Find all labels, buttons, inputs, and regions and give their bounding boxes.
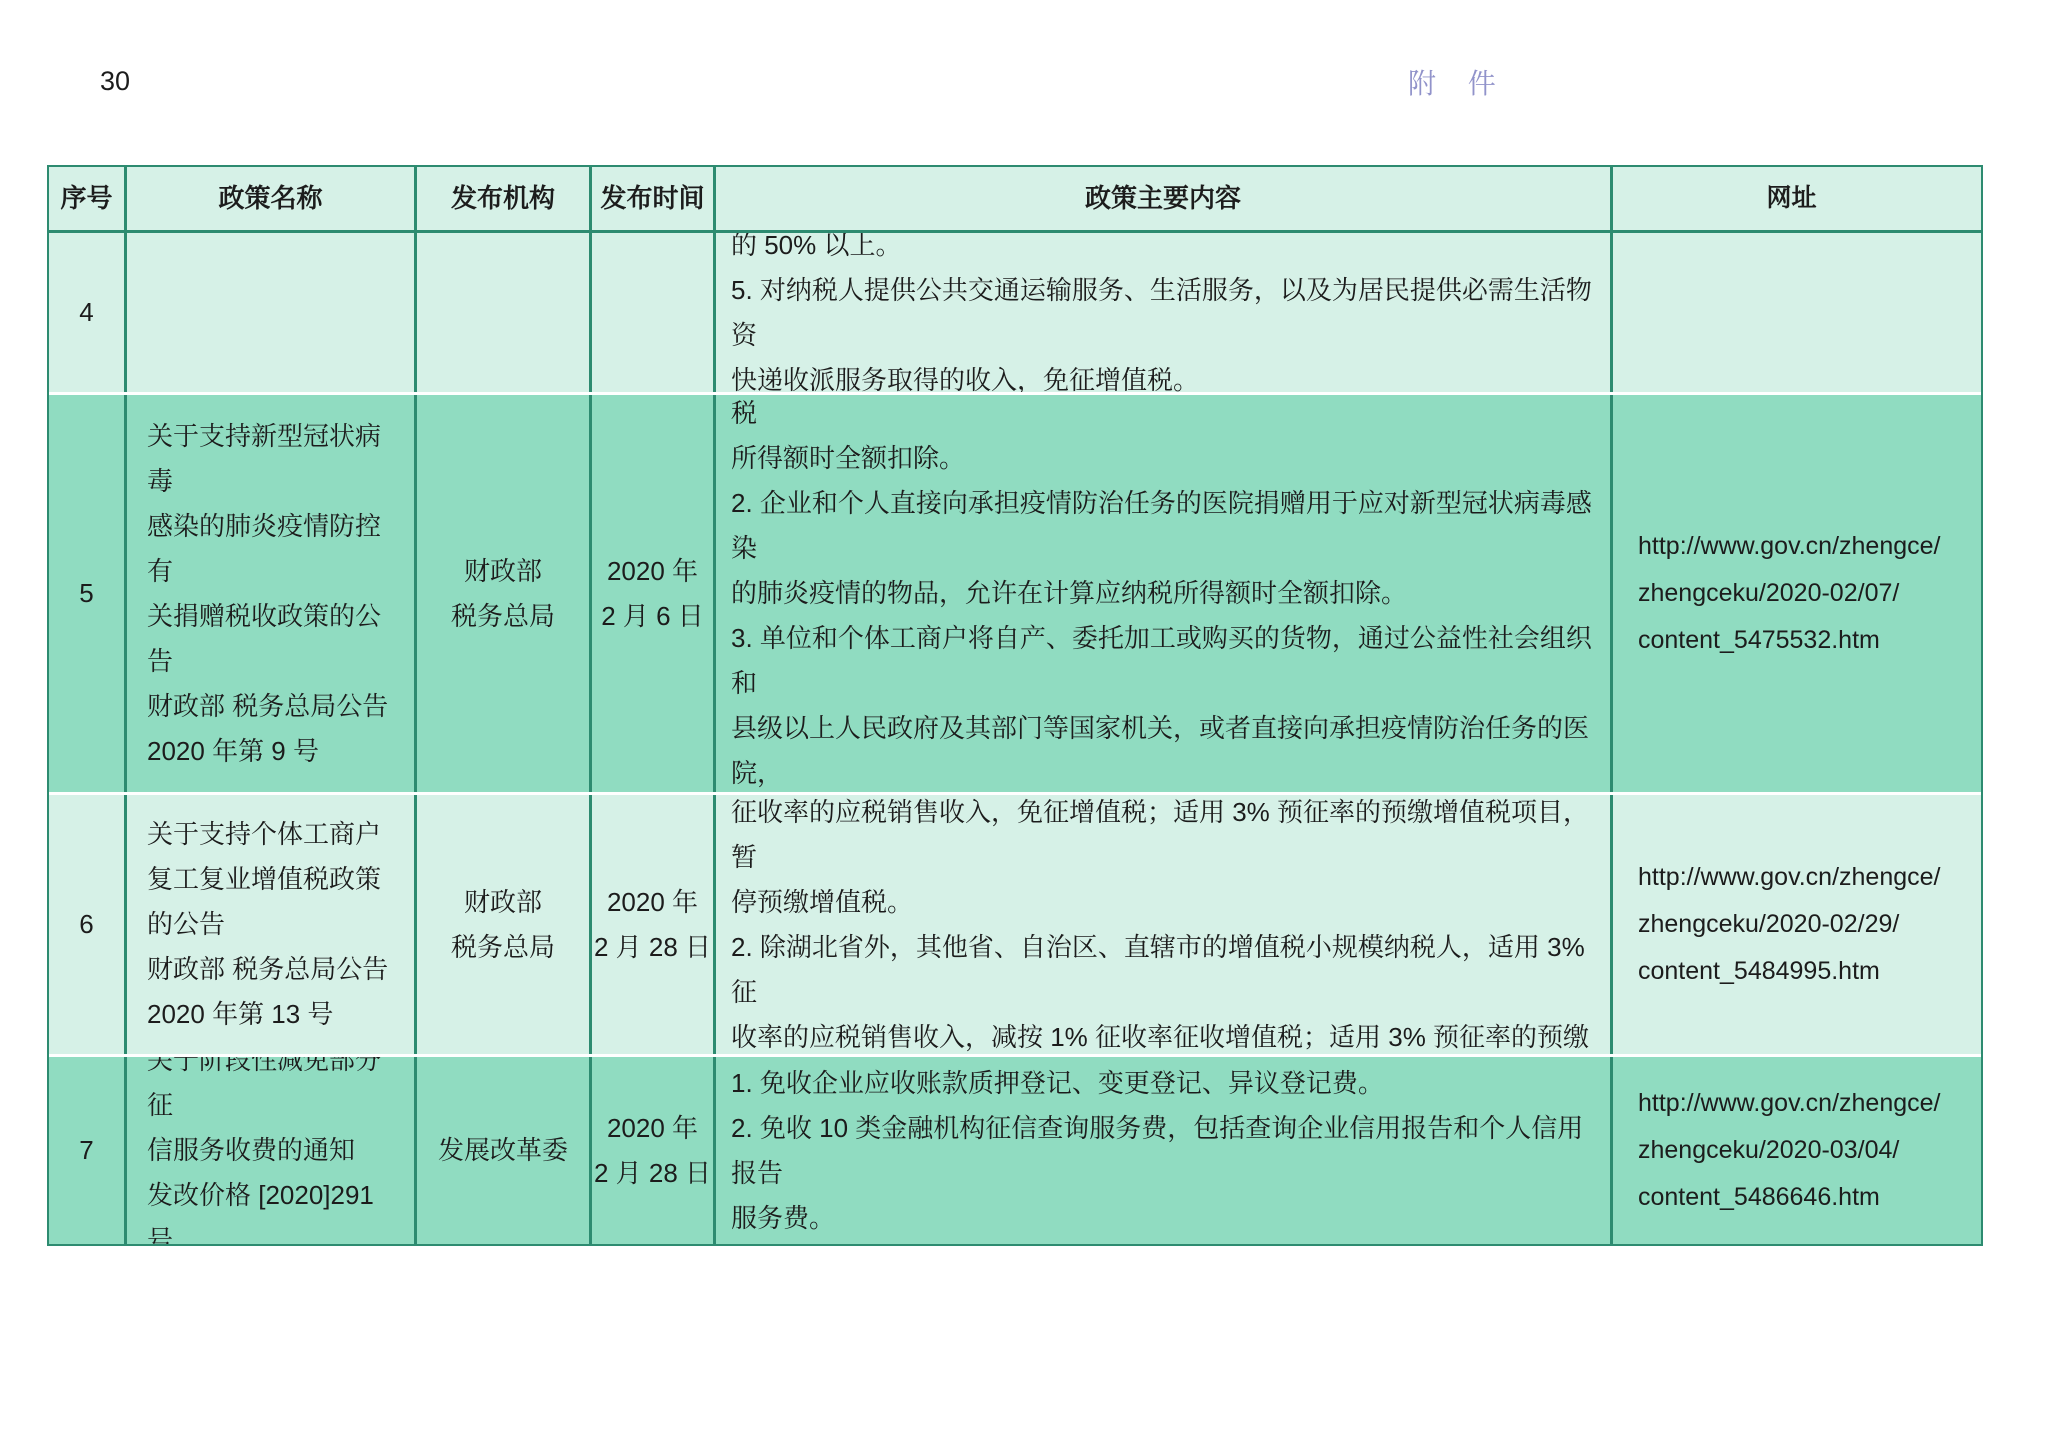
policy-content: 1. 企业和个人通过公益性社会组织或者县级以上人民政府及其部门等国家机关， 捐赠…: [713, 395, 1610, 792]
policy-content: 1. 自 2020 年 3 月 1 日至 5 月 31 日，对湖北省增值税小规模…: [713, 795, 1610, 1054]
attachment-label: 附 件: [1408, 62, 1508, 102]
header-date: 发布时间: [589, 167, 713, 230]
row-index: 7: [49, 1057, 124, 1244]
issuing-agency: [414, 233, 589, 392]
issuing-agency: 财政部 税务总局: [414, 395, 589, 792]
policy-url-link[interactable]: http://www.gov.cn/zhengce/ zhengceku/202…: [1610, 395, 1970, 792]
table-row: 6 关于支持个体工商户 复工复业增值税政策 的公告 财政部 税务总局公告 202…: [49, 792, 1981, 1054]
issuing-agency: 财政部 税务总局: [414, 795, 589, 1054]
policy-name: 关于阶段性减免部分征 信服务收费的通知 发改价格 [2020]291 号: [124, 1057, 414, 1244]
row-index: 6: [49, 795, 124, 1054]
table-row: 7 关于阶段性减免部分征 信服务收费的通知 发改价格 [2020]291 号 发…: [49, 1054, 1981, 1244]
row-index: 5: [49, 395, 124, 792]
publish-date: [589, 233, 713, 392]
header-content: 政策主要内容: [713, 167, 1610, 230]
table-row: 5 关于支持新型冠状病毒 感染的肺炎疫情防控有 关捐赠税收政策的公告 财政部 税…: [49, 392, 1981, 792]
policy-table: 序号 政策名称 发布机构 发布时间 政策主要内容 网址 4 的 50% 以上。 …: [47, 165, 1983, 1246]
document-page: 30 附 件 序号 政策名称 发布机构 发布时间 政策主要内容 网址 4 的 5…: [0, 0, 2048, 1448]
policy-content: 的 50% 以上。 5. 对纳税人提供公共交通运输服务、生活服务，以及为居民提供…: [713, 233, 1610, 392]
row-index: 4: [49, 233, 124, 392]
publish-date: 2020 年 2 月 28 日: [589, 1057, 713, 1244]
table-row: 4 的 50% 以上。 5. 对纳税人提供公共交通运输服务、生活服务，以及为居民…: [49, 233, 1981, 392]
header-agency: 发布机构: [414, 167, 589, 230]
policy-url-link[interactable]: [1610, 233, 1970, 392]
publish-date: 2020 年 2 月 28 日: [589, 795, 713, 1054]
policy-name: 关于支持个体工商户 复工复业增值税政策 的公告 财政部 税务总局公告 2020 …: [124, 795, 414, 1054]
publish-date: 2020 年 2 月 6 日: [589, 395, 713, 792]
page-number: 30: [100, 66, 130, 97]
policy-name: [124, 233, 414, 392]
policy-name: 关于支持新型冠状病毒 感染的肺炎疫情防控有 关捐赠税收政策的公告 财政部 税务总…: [124, 395, 414, 792]
header-index: 序号: [49, 167, 124, 230]
policy-url-link[interactable]: http://www.gov.cn/zhengce/ zhengceku/202…: [1610, 795, 1970, 1054]
header-url: 网址: [1610, 167, 1970, 230]
header-name: 政策名称: [124, 167, 414, 230]
table-header-row: 序号 政策名称 发布机构 发布时间 政策主要内容 网址: [49, 167, 1981, 233]
policy-content: 1. 免收企业应收账款质押登记、变更登记、异议登记费。 2. 免收 10 类金融…: [713, 1057, 1610, 1244]
policy-url-link[interactable]: http://www.gov.cn/zhengce/ zhengceku/202…: [1610, 1057, 1970, 1244]
issuing-agency: 发展改革委: [414, 1057, 589, 1244]
